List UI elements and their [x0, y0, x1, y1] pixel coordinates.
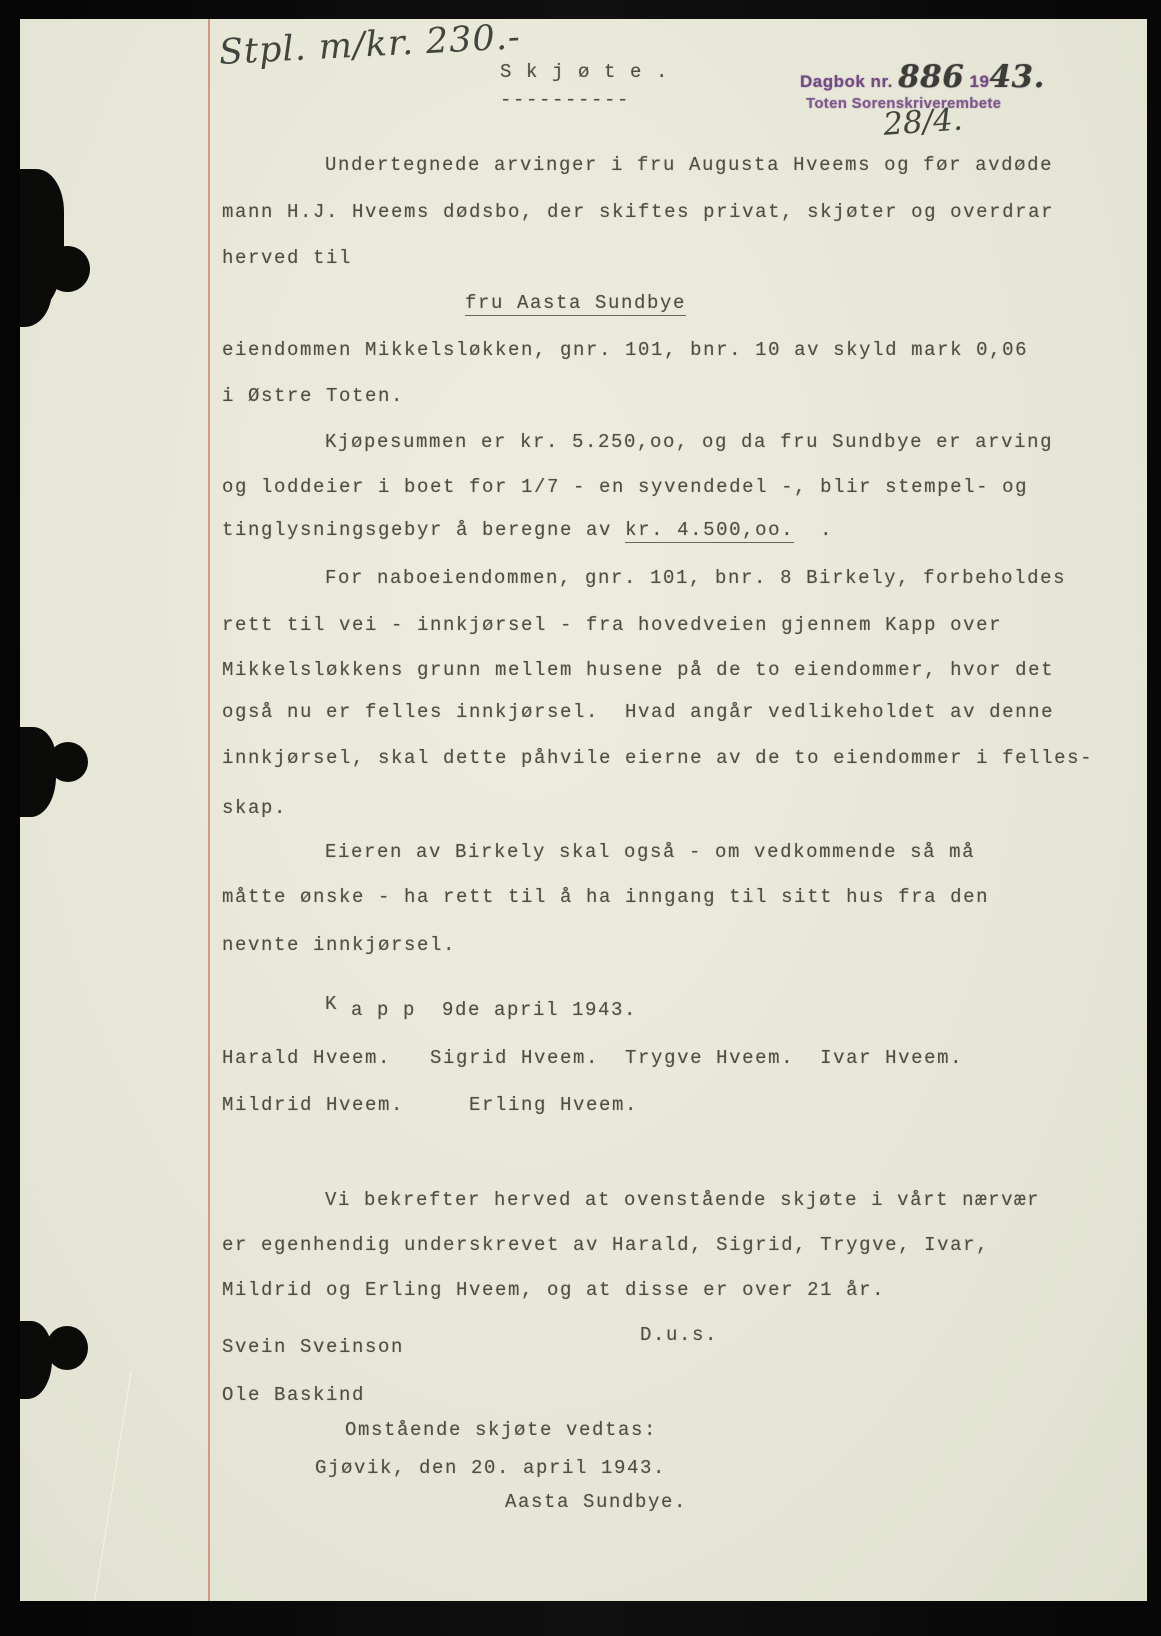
deed-line-segment: . — [794, 519, 833, 541]
deed-line: nevnte innkjørsel. — [222, 934, 456, 956]
deed-line: rett til vei - innkjørsel - fra hovedvei… — [222, 614, 1002, 636]
journal-number-handwriting: 886 — [898, 59, 964, 95]
deed-line: Mildrid og Erling Hveem, og at disse er … — [222, 1279, 885, 1301]
fee-basis-amount: kr. 4.500,oo. — [625, 519, 794, 543]
deed-line: For naboeiendommen, gnr. 101, bnr. 8 Bir… — [222, 567, 1066, 589]
deed-line: måtte ønske - ha rett til å ha inngang t… — [222, 886, 989, 908]
signatures-row: Mildrid Hveem. Erling Hveem. — [222, 1094, 638, 1116]
binder-hole-shadow — [45, 246, 90, 292]
journal-stamp-label: Dagbok nr. — [800, 72, 893, 91]
journal-year-stamp: 19 — [970, 72, 990, 91]
journal-date-handwriting: 28/4. — [882, 101, 964, 142]
deed-line: og loddeier i boet for 1/7 - en syvended… — [222, 476, 1028, 498]
scanned-document: Stpl. m/kr. 230.- S k j ø t e . --------… — [0, 0, 1161, 1636]
dus-abbreviation: D.u.s. — [640, 1324, 718, 1346]
binder-hole-shadow — [48, 742, 88, 782]
witness-signature: Ole Baskind — [222, 1384, 365, 1406]
deed-line: innkjørsel, skal dette påhvile eierne av… — [222, 747, 1093, 769]
acceptance-signature: Aasta Sundbye. — [505, 1491, 687, 1513]
deed-line: Mikkelsløkkens grunn mellem husene på de… — [222, 659, 1054, 681]
deed-line: eiendommen Mikkelsløkken, gnr. 101, bnr.… — [222, 339, 1028, 361]
red-margin-line — [208, 19, 210, 1601]
acceptance-dateline: Gjøvik, den 20. april 1943. — [315, 1457, 666, 1479]
title-underline: ---------- — [500, 89, 630, 111]
dateline-segment: a p p 9de april 1943. — [338, 999, 637, 1021]
deed-line: også nu er felles innkjørsel. Hvad angår… — [222, 701, 1054, 723]
journal-stamp-row: Dagbok nr. 886 1943. — [800, 59, 1045, 95]
deed-line: herved til — [222, 247, 352, 269]
deed-line: er egenhendig underskrevet av Harald, Si… — [222, 1234, 989, 1256]
deed-line: tinglysningsgebyr å beregne av kr. 4.500… — [222, 519, 833, 541]
acceptance-line: Omstående skjøte vedtas: — [345, 1419, 657, 1441]
deed-line: i Østre Toten. — [222, 385, 404, 407]
grantee-name: fru Aasta Sundbye — [465, 292, 686, 316]
stamp-duty-handwriting: Stpl. m/kr. 230.- — [218, 19, 522, 73]
binder-hole-shadow — [46, 1326, 88, 1370]
document-title: S k j ø t e . — [500, 61, 669, 83]
deed-line-segment: tinglysningsgebyr å beregne av — [222, 519, 625, 541]
witness-signature: Svein Sveinson — [222, 1336, 404, 1358]
deed-line: Kjøpesummen er kr. 5.250,oo, og da fru S… — [222, 431, 1053, 453]
dateline-segment: K — [325, 993, 338, 1015]
deed-line: Vi bekrefter herved at ovenstående skjøt… — [222, 1189, 1040, 1211]
deed-line: Undertegnede arvinger i fru Augusta Hvee… — [222, 154, 1053, 176]
paper-crease — [94, 1372, 132, 1601]
journal-year-handwriting: 43. — [989, 59, 1044, 95]
deed-line: mann H.J. Hveems dødsbo, der skiftes pri… — [222, 201, 1054, 223]
binder-hole-shadow — [20, 1321, 52, 1399]
document-page: Stpl. m/kr. 230.- S k j ø t e . --------… — [20, 19, 1147, 1601]
deed-line: skap. — [222, 797, 287, 819]
signatures-row: Harald Hveem. Sigrid Hveem. Trygve Hveem… — [222, 1047, 963, 1069]
deed-line: Eieren av Birkely skal også - om vedkomm… — [222, 841, 975, 863]
place-dateline: K a p p 9de april 1943. — [222, 999, 637, 1021]
